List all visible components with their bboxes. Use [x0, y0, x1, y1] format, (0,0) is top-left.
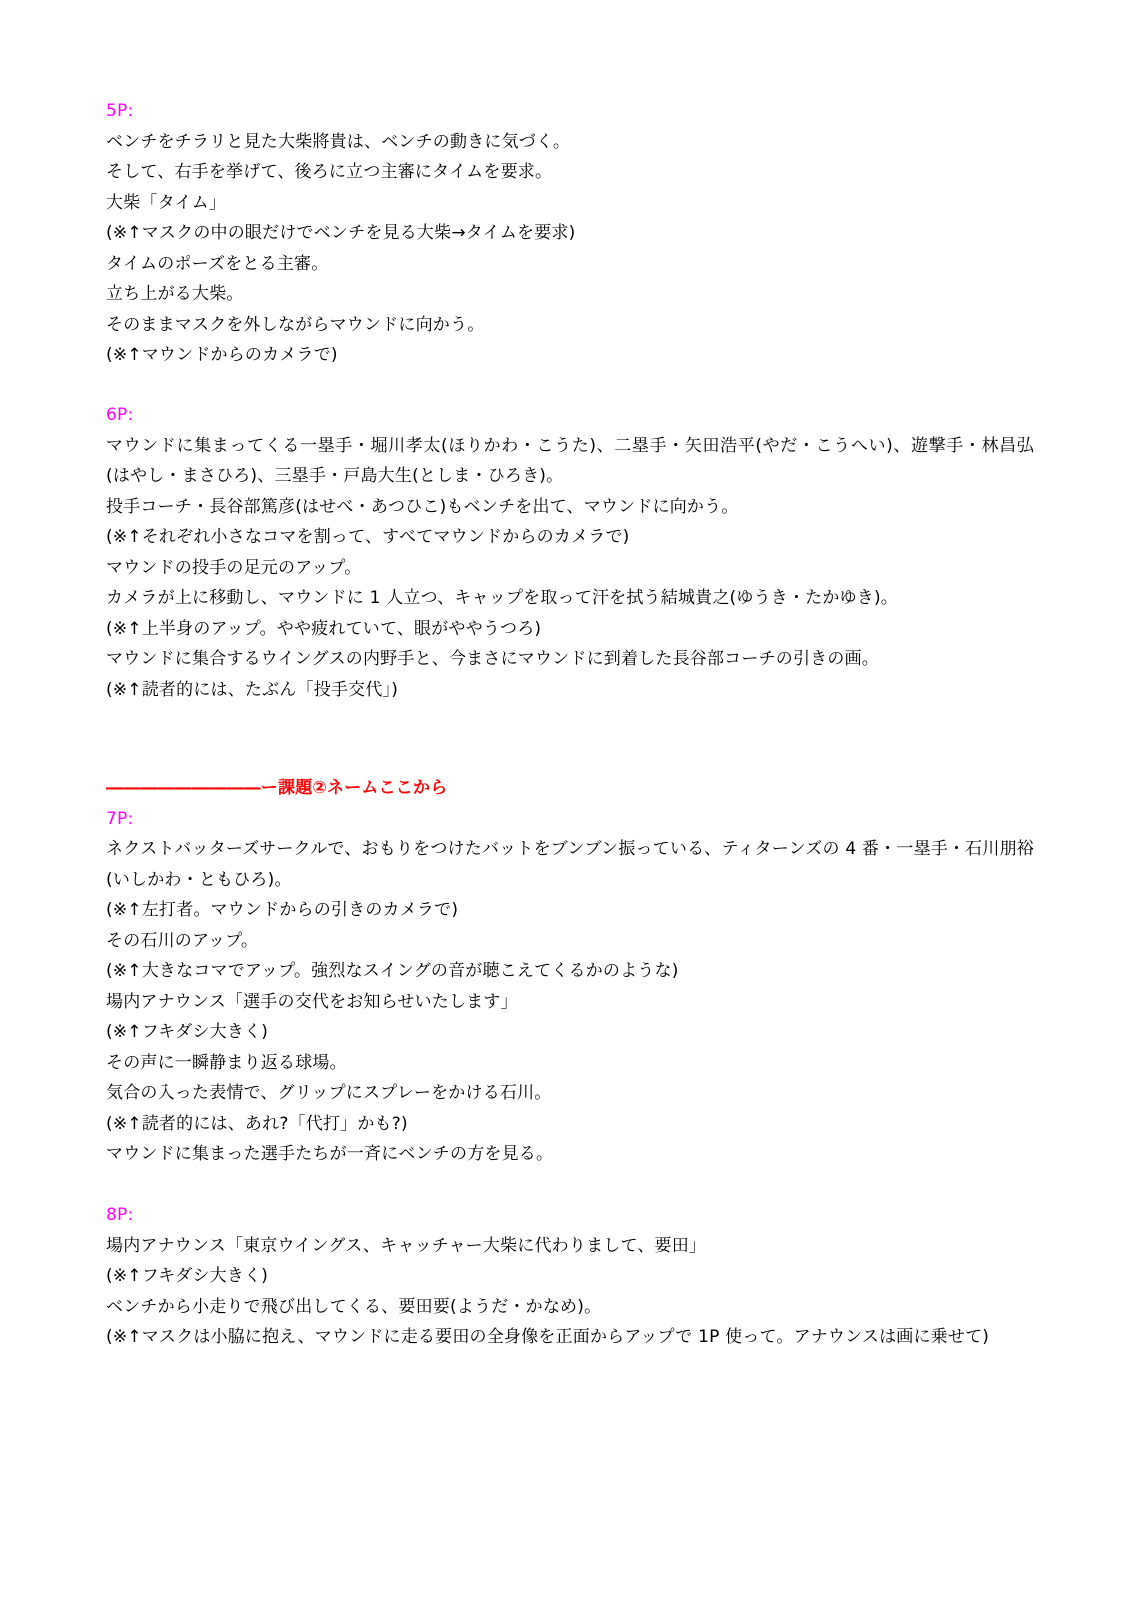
- script-line: 気合の入った表情で、グリップにスプレーをかける石川。: [106, 1078, 1034, 1109]
- script-line: マウンドの投手の足元のアップ。: [106, 553, 1034, 584]
- script-line: マウンドに集合するウイングスの内野手と、今まさにマウンドに到着した長谷部コーチの…: [106, 644, 1034, 675]
- script-annotation: (※↑マスクは小脇に抱え、マウンドに走る要田の全身像を正面からアップで 1P 使…: [106, 1322, 1034, 1353]
- page-heading-8p: 8P:: [106, 1200, 1034, 1231]
- script-annotation: (※↑それぞれ小さなコマを割って、すべてマウンドからのカメラで): [106, 522, 1034, 553]
- script-line: タイムのポーズをとる主審。: [106, 249, 1034, 280]
- script-annotation: (※↑マウンドからのカメラで): [106, 340, 1034, 371]
- script-line: カメラが上に移動し、マウンドに 1 人立つ、キャップを取って汗を拭う結城貴之(ゆ…: [106, 583, 1034, 614]
- script-line: 場内アナウンス「東京ウイングス、キャッチャー大柴に代わりまして、要田」: [106, 1231, 1034, 1262]
- page-heading-6p: 6P:: [106, 400, 1034, 431]
- script-line: マウンドに集まってくる一塁手・堀川孝太(ほりかわ・こうた)、二塁手・矢田浩平(や…: [106, 431, 1034, 492]
- script-line: マウンドに集まった選手たちが一斉にベンチの方を見る。: [106, 1139, 1034, 1170]
- section-6p: 6P: マウンドに集まってくる一塁手・堀川孝太(ほりかわ・こうた)、二塁手・矢田…: [106, 400, 1034, 705]
- script-line: ネクストバッターズサークルで、おもりをつけたバットをブンブン振っている、ティター…: [106, 834, 1034, 895]
- document-page: 5P: ベンチをチラリと見た大柴將貴は、ベンチの動きに気づく。 そして、右手を挙…: [0, 0, 1131, 1600]
- script-line: 大柴「タイム」: [106, 188, 1034, 219]
- script-line: その声に一瞬静まり返る球場。: [106, 1048, 1034, 1079]
- page-heading-7p: 7P:: [106, 804, 1034, 835]
- divider-note: ―――――――――ー課題②ネームここから: [106, 773, 1034, 804]
- script-annotation: (※↑左打者。マウンドからの引きのカメラで): [106, 895, 1034, 926]
- script-line: 場内アナウンス「選手の交代をお知らせいたします」: [106, 987, 1034, 1018]
- script-annotation: (※↑読者的には、あれ?「代打」かも?): [106, 1109, 1034, 1140]
- script-line: 立ち上がる大柴。: [106, 279, 1034, 310]
- script-line: そして、右手を挙げて、後ろに立つ主審にタイムを要求。: [106, 157, 1034, 188]
- script-line: ベンチをチラリと見た大柴將貴は、ベンチの動きに気づく。: [106, 127, 1034, 158]
- script-line: ベンチから小走りで飛び出してくる、要田要(ようだ・かなめ)。: [106, 1292, 1034, 1323]
- script-annotation: (※↑フキダシ大きく): [106, 1017, 1034, 1048]
- script-annotation: (※↑マスクの中の眼だけでベンチを見る大柴→タイムを要求): [106, 218, 1034, 249]
- page-heading-5p: 5P:: [106, 96, 1034, 127]
- section-5p: 5P: ベンチをチラリと見た大柴將貴は、ベンチの動きに気づく。 そして、右手を挙…: [106, 96, 1034, 371]
- script-annotation: (※↑大きなコマでアップ。強烈なスイングの音が聴こえてくるかのような): [106, 956, 1034, 987]
- script-line: そのままマスクを外しながらマウンドに向かう。: [106, 310, 1034, 341]
- script-line: 投手コーチ・長谷部篤彦(はせべ・あつひこ)もベンチを出て、マウンドに向かう。: [106, 492, 1034, 523]
- script-line: その石川のアップ。: [106, 926, 1034, 957]
- section-8p: 8P: 場内アナウンス「東京ウイングス、キャッチャー大柴に代わりまして、要田」 …: [106, 1200, 1034, 1353]
- script-annotation: (※↑読者的には、たぶん「投手交代」): [106, 675, 1034, 706]
- script-annotation: (※↑フキダシ大きく): [106, 1261, 1034, 1292]
- section-7p: ―――――――――ー課題②ネームここから 7P: ネクストバッターズサークルで、…: [106, 773, 1034, 1170]
- script-annotation: (※↑上半身のアップ。やや疲れていて、眼がややうつろ): [106, 614, 1034, 645]
